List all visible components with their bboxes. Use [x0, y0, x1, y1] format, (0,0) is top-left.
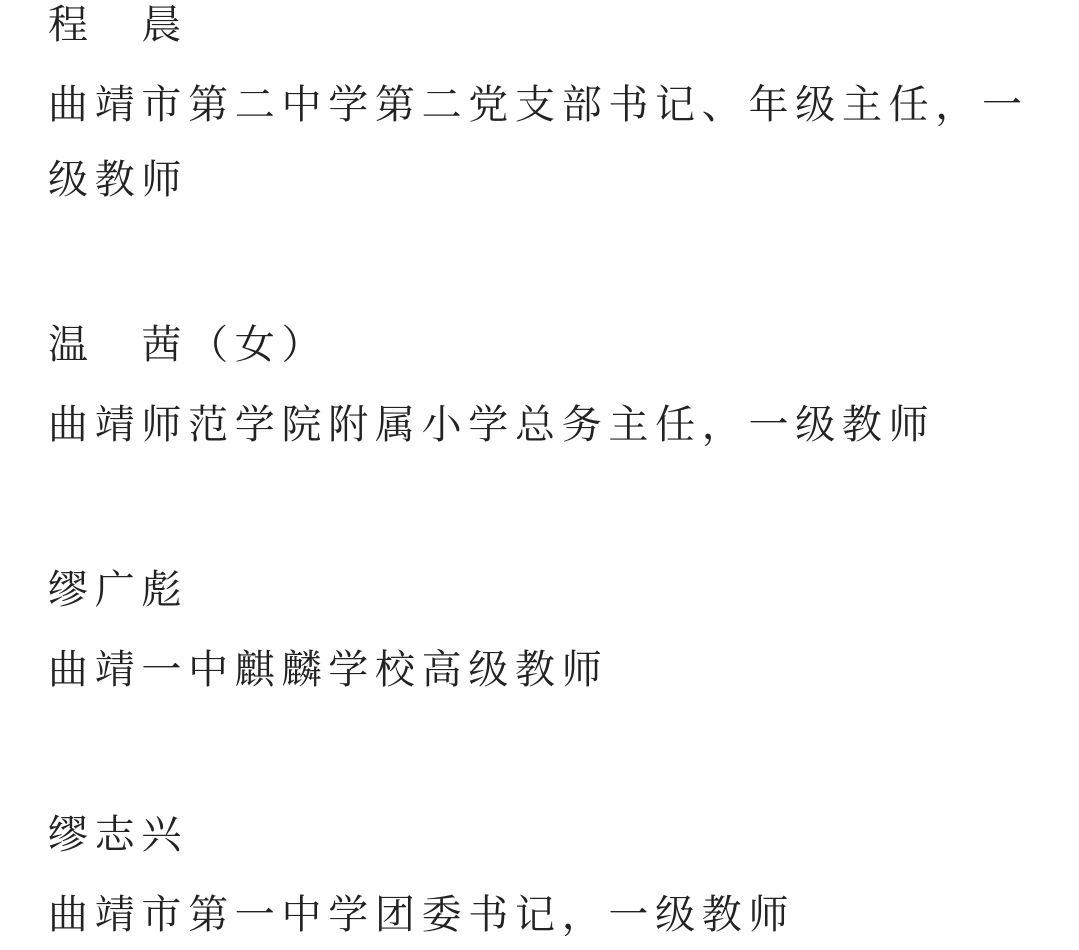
person-entry: 缪广彪 曲靖一中麒麟学校高级教师 — [48, 553, 1052, 708]
person-entry: 缪志兴 曲靖市第一中学团委书记，一级教师 — [48, 798, 1052, 950]
person-name: 缪广彪 — [48, 553, 1052, 628]
person-name: 程 晨 — [48, 0, 1052, 63]
person-title: 曲靖一中麒麟学校高级教师 — [48, 633, 1052, 708]
person-name: 缪志兴 — [48, 798, 1052, 873]
person-name: 温 茜（女） — [48, 308, 1052, 383]
person-entry: 程 晨 曲靖市第二中学第二党支部书记、年级主任，一级教师 — [48, 0, 1052, 218]
roster-document: 程 晨 曲靖市第二中学第二党支部书记、年级主任，一级教师 温 茜（女） 曲靖师范… — [0, 0, 1079, 950]
person-title: 曲靖市第一中学团委书记，一级教师 — [48, 878, 1052, 950]
person-entry: 温 茜（女） 曲靖师范学院附属小学总务主任，一级教师 — [48, 308, 1052, 463]
person-title: 曲靖师范学院附属小学总务主任，一级教师 — [48, 388, 1052, 463]
person-title: 曲靖市第二中学第二党支部书记、年级主任，一级教师 — [48, 68, 1052, 218]
